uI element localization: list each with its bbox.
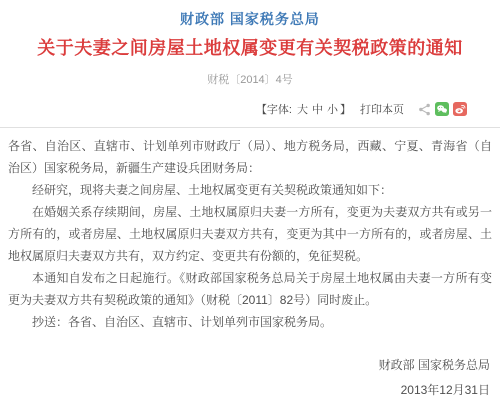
signature-date: 2013年12月31日	[0, 378, 490, 399]
share-icon[interactable]	[418, 103, 431, 116]
font-size-label-open: 【字体:	[256, 101, 292, 117]
cc-paragraph: 抄送：各省、自治区、直辖市、计划单列市国家税务局。	[8, 311, 492, 333]
font-size-medium-button[interactable]: 中	[312, 101, 323, 117]
document-number: 财税〔2014〕4号	[0, 73, 500, 87]
font-size-large-button[interactable]: 大	[297, 101, 308, 117]
effective-date-paragraph: 本通知自发布之日起施行。《财政部国家税务总局关于房屋土地权属由夫妻一方所有变更为…	[8, 267, 492, 311]
toolbar: 【字体: 大 中 小 】 打印本页	[0, 101, 500, 117]
font-size-small-button[interactable]: 小	[327, 101, 338, 117]
wechat-share-icon[interactable]	[435, 102, 449, 116]
addressee-paragraph: 各省、自治区、直辖市、计划单列市财政厅（局）、地方税务局，西藏、宁夏、青海省（自…	[8, 135, 492, 179]
document-header: 财政部 国家税务总局 关于夫妻之间房屋土地权属变更有关契税政策的通知 财税〔20…	[0, 0, 500, 87]
weibo-share-icon[interactable]	[453, 102, 467, 116]
document-body: 各省、自治区、直辖市、计划单列市财政厅（局）、地方税务局，西藏、宁夏、青海省（自…	[0, 128, 500, 333]
signature-block: 财政部 国家税务总局 2013年12月31日	[0, 353, 500, 399]
intro-paragraph: 经研究，现将夫妻之间房屋、土地权属变更有关契税政策通知如下：	[8, 179, 492, 201]
main-policy-paragraph: 在婚姻关系存续期间，房屋、土地权属原归夫妻一方所有，变更为夫妻双方共有或另一方所…	[8, 201, 492, 267]
print-page-button[interactable]: 打印本页	[360, 101, 404, 117]
issuing-agency: 财政部 国家税务总局	[0, 10, 500, 28]
document-page: 财政部 国家税务总局 关于夫妻之间房屋土地权属变更有关契税政策的通知 财税〔20…	[0, 0, 500, 399]
document-title: 关于夫妻之间房屋土地权属变更有关契税政策的通知	[14, 36, 486, 60]
font-size-label-close: 】	[340, 101, 351, 117]
signature-agency: 财政部 国家税务总局	[0, 353, 490, 378]
